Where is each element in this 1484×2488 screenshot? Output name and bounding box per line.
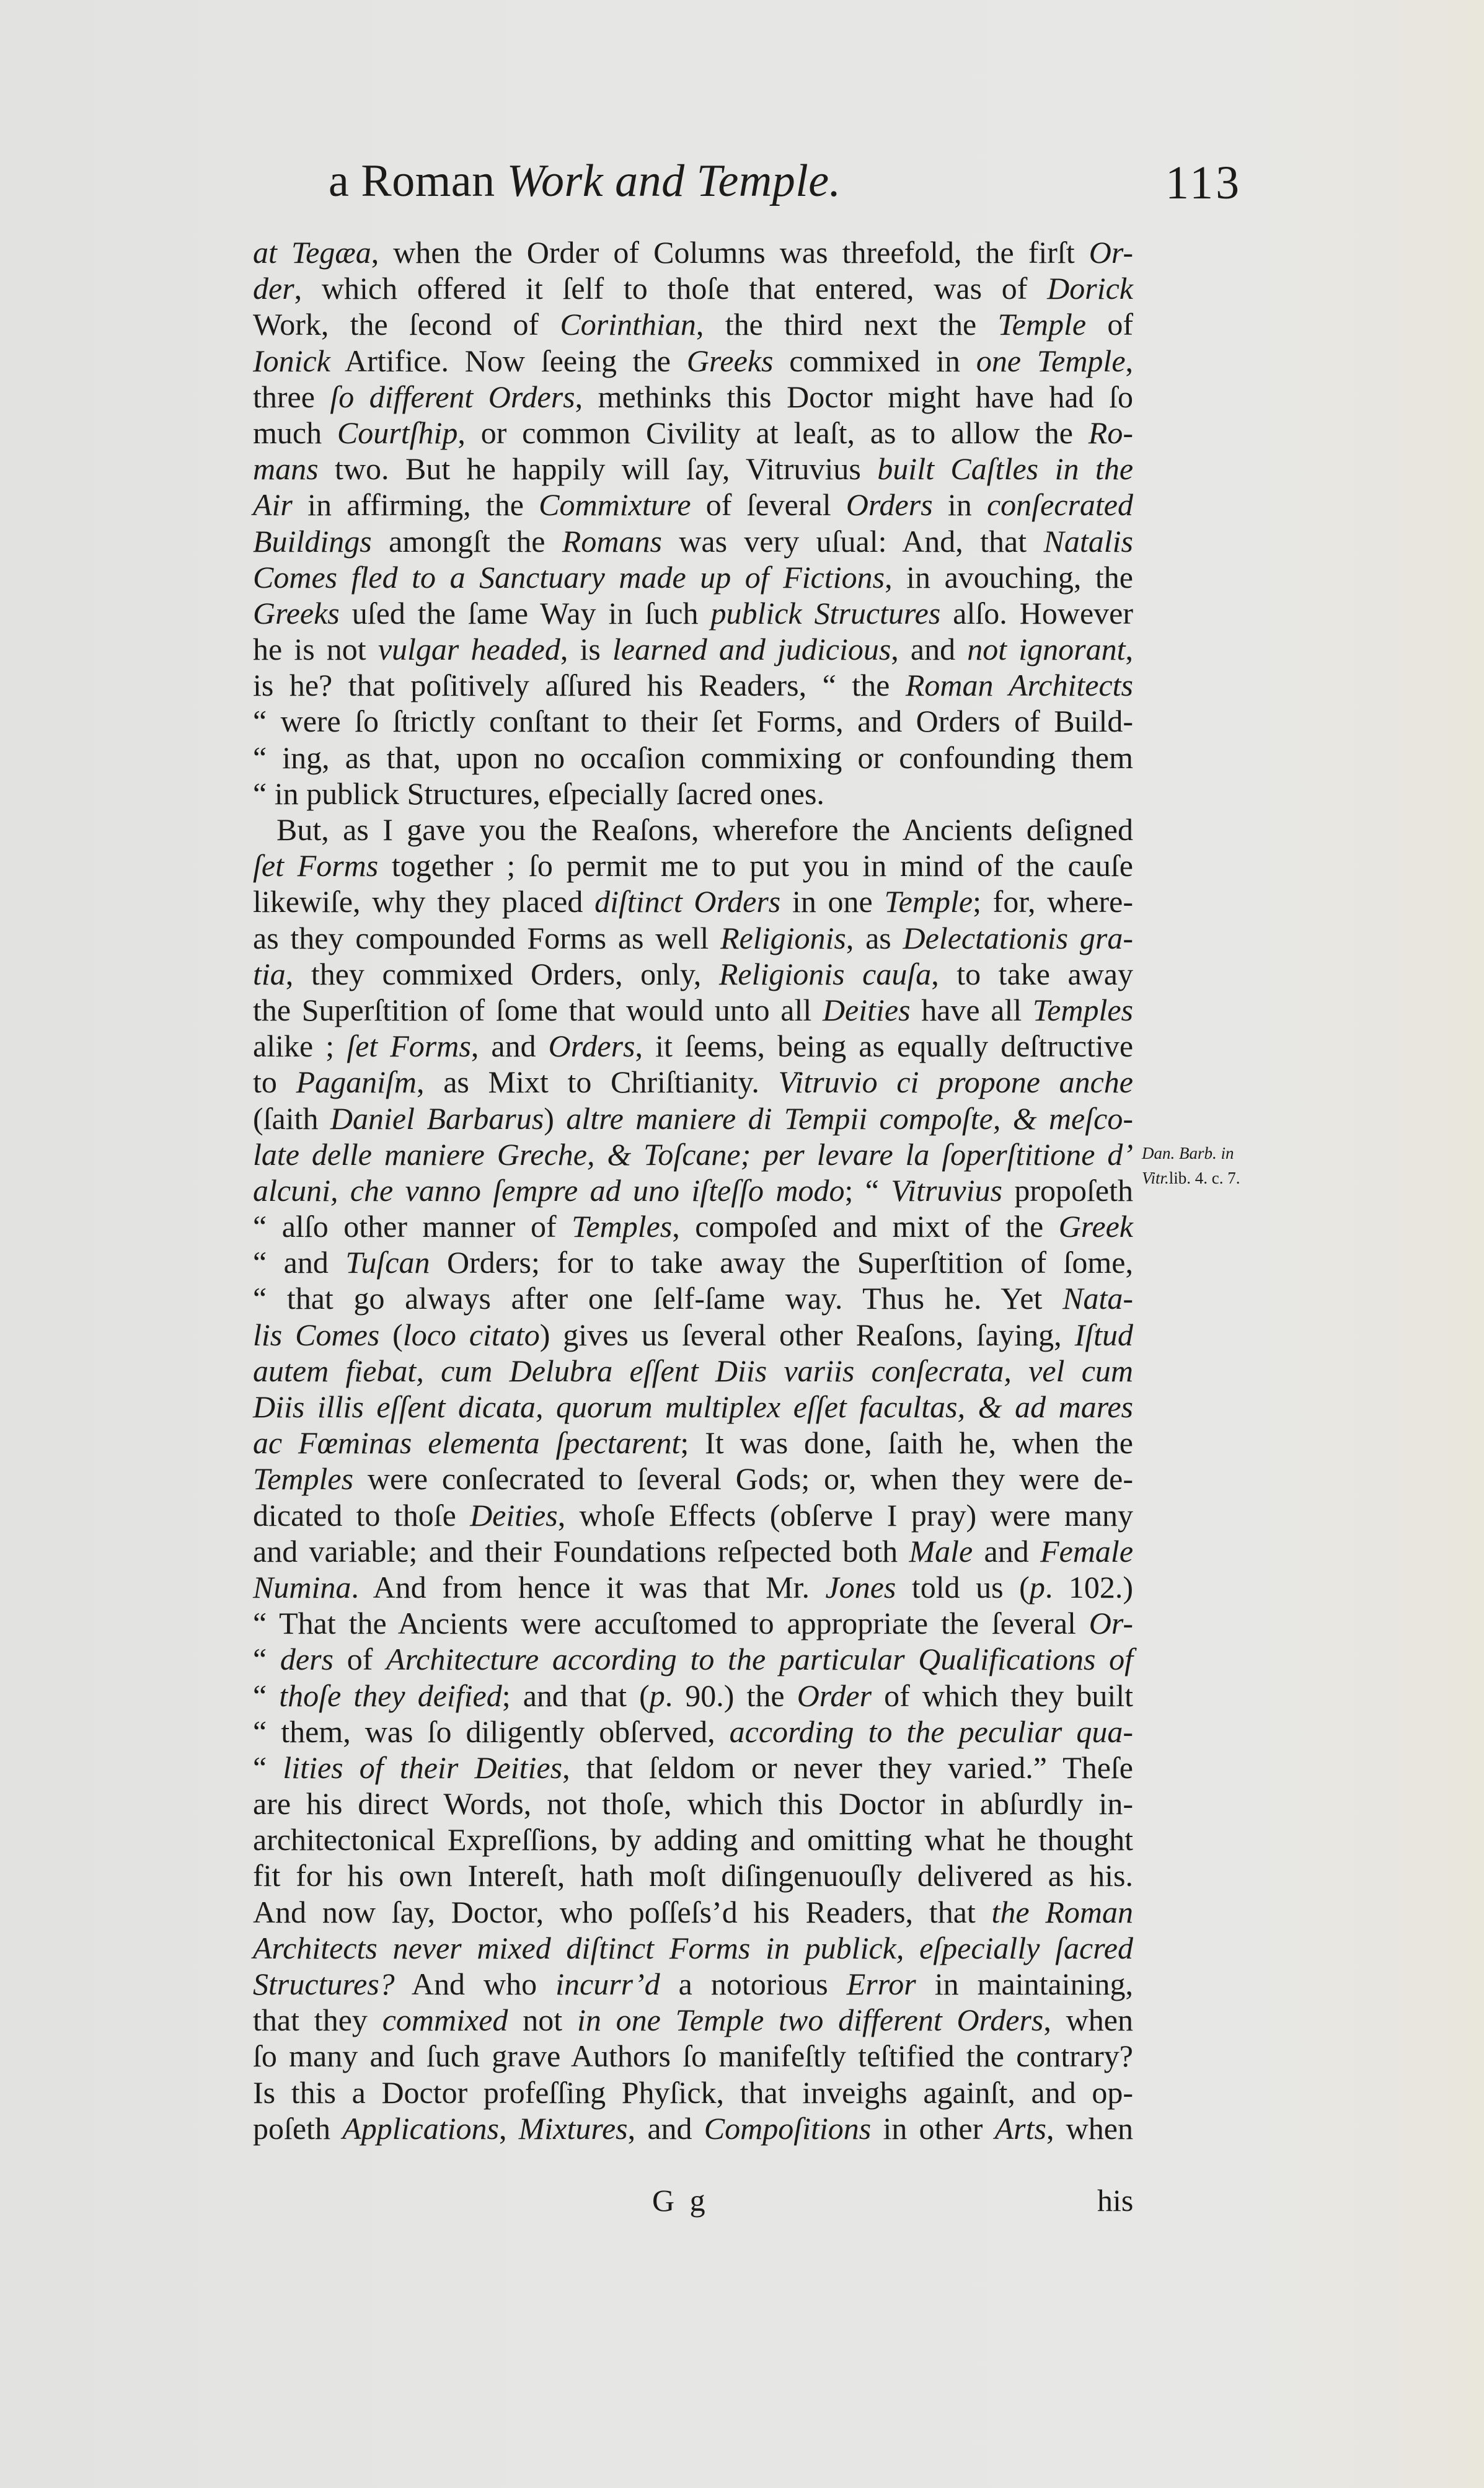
italic-run: lities of their Deities [283, 1750, 562, 1785]
roman-run: . 102.) [1045, 1570, 1133, 1605]
roman-run: Artifice. Now ſeeing the [330, 343, 687, 378]
italic-run: Temples [1033, 993, 1133, 1027]
italic-run: in one Temple two different Orders [577, 2003, 1043, 2037]
text-line: dicated to thoſe Deities, whoſe Effects … [253, 1497, 1133, 1533]
text-line: are his direct Words, not thoſe, which t… [253, 1786, 1133, 1822]
text-line: mans two. But he happily will ſay, Vitru… [253, 451, 1133, 487]
italic-run: alcuni, che vanno ſempre ad uno iſteſſo … [253, 1173, 844, 1208]
italic-run: Architects never mixed diſtinct Forms in… [253, 1931, 1133, 1965]
roman-run: “ [253, 1678, 279, 1713]
italic-run: Dorick [1047, 271, 1133, 306]
text-line: is he? that poſitively aſſured his Reade… [253, 667, 1133, 703]
roman-run: And who [395, 1967, 555, 2001]
italic-run: Ro- [1089, 415, 1133, 450]
italic-run: according to the peculiar qua- [730, 1714, 1133, 1749]
roman-run: (ſaith [253, 1101, 330, 1136]
roman-run: ſo many and ſuch grave Authors ſo manife… [253, 2039, 1133, 2073]
italic-run: one Temple [976, 343, 1126, 378]
roman-run: ; “ [844, 1173, 891, 1208]
roman-run: likewiſe, why they placed [253, 884, 594, 919]
roman-run: in one [780, 884, 884, 919]
roman-run: , that ſeldom or never they varied.” The… [562, 1750, 1133, 1785]
italic-run: Iſtud [1075, 1317, 1133, 1352]
italic-run: Diis illis eſſent dicata, quorum multipl… [253, 1389, 1133, 1424]
roman-run: , when [1046, 2111, 1133, 2146]
italic-run: Error [847, 1967, 916, 2001]
text-line: “ thoſe they deified; and that (p. 90.) … [253, 1678, 1133, 1714]
text-line: architectonical Expreſſions, by adding a… [253, 1822, 1133, 1857]
italic-run: Tuſcan [345, 1245, 430, 1280]
text-line: alike ; ſet Forms, and Orders, it ſeems,… [253, 1028, 1133, 1064]
italic-run: lis Comes [253, 1317, 379, 1352]
text-line: ac Fœminas elementa ſpectarent; It was d… [253, 1425, 1133, 1461]
roman-run: are his direct Words, not thoſe, which t… [253, 1786, 1133, 1821]
italic-run: Religionis [720, 921, 846, 955]
roman-run: “ alſo other manner of [253, 1209, 572, 1244]
roman-run: . And from hence it was that Mr. [351, 1570, 825, 1605]
roman-run: , [1126, 632, 1134, 666]
text-line: “ them, was ſo diligently obſerved, acco… [253, 1714, 1133, 1750]
running-head-italic: Work and Temple. [507, 156, 841, 206]
margin-note-line-2: Vitr.lib. 4. c. 7. [1142, 1166, 1240, 1190]
text-line: Is this a Doctor profeſſing Phyſick, tha… [253, 2074, 1133, 2110]
text-line: ſo many and ſuch grave Authors ſo manife… [253, 2038, 1133, 2074]
italic-run: the Roman [992, 1895, 1133, 1929]
roman-run: Orders; for to take away the Superſtitio… [430, 1245, 1133, 1280]
roman-run: , [1126, 343, 1134, 378]
page-number: 113 [1165, 156, 1242, 210]
text-line: Temples were conſecrated to ſeveral Gods… [253, 1461, 1133, 1497]
roman-run: , when [1043, 2003, 1133, 2037]
text-line: the Superſtition of ſome that would unto… [253, 992, 1133, 1028]
text-line: “ alſo other manner of Temples, compoſed… [253, 1208, 1133, 1244]
italic-run: Daniel Barbarus [330, 1101, 544, 1136]
italic-run: diſtinct Orders [594, 884, 780, 919]
roman-run: , [499, 2111, 519, 2146]
roman-run: , is [560, 632, 612, 666]
roman-run: ) gives us ſeveral other Reaſons, ſaying… [540, 1317, 1075, 1352]
roman-run: “ were ſo ſtrictly conſtant to their ſet… [253, 704, 1133, 738]
roman-run: , as [846, 921, 903, 955]
roman-run: as they compounded Forms as well [253, 921, 720, 955]
text-line: der, which offered it ſelf to thoſe that… [253, 270, 1133, 306]
italic-run: Jones [826, 1570, 896, 1605]
roman-run: , which offered it ſelf to thoſe that en… [294, 271, 1048, 306]
roman-run: two. But he happily will ſay, Vitruvius [319, 451, 878, 486]
roman-run: alſo. However [940, 596, 1133, 631]
text-line: to Paganiſm, as Mixt to Chriſtianity. Vi… [253, 1064, 1133, 1100]
italic-run: Greek [1059, 1209, 1133, 1244]
roman-run: “ them, was ſo diligently obſerved, [253, 1714, 730, 1749]
text-line: tia, they commixed Orders, only, Religio… [253, 956, 1133, 992]
italic-run: autem fiebat, cum Delubra eſſent Diis va… [253, 1353, 1133, 1388]
italic-run: Architecture according to the particular… [386, 1642, 1133, 1676]
roman-run: propoſeth [1002, 1173, 1133, 1208]
roman-run: , the third next the [696, 307, 998, 342]
roman-run: uſed the ſame Way in ſuch [340, 596, 711, 631]
text-line: Greeks uſed the ſame Way in ſuch publick… [253, 595, 1133, 631]
text-line: Ionick Artifice. Now ſeeing the Greeks c… [253, 343, 1133, 379]
text-line: “ lities of their Deities, that ſeldom o… [253, 1750, 1133, 1786]
text-line: Buildings amongſt the Romans was very uſ… [253, 523, 1133, 559]
roman-run: But, as I gave you the Reaſons, wherefor… [276, 812, 1133, 847]
text-line: “ that go always after one ſelf-ſame way… [253, 1280, 1133, 1316]
italic-run: Comes fled to a Sanctuary made up of Fic… [253, 560, 885, 595]
italic-run: Applications [342, 2111, 499, 2146]
italic-run: Commixture [539, 487, 691, 522]
italic-run: Romans [562, 524, 662, 559]
roman-run: ; It was done, ſaith he, when the [680, 1425, 1133, 1460]
italic-run: Tegæa [291, 235, 371, 270]
italic-run: Temple [884, 884, 973, 919]
roman-run: have all [911, 993, 1033, 1027]
running-head: a Roman Work and Temple. [329, 155, 841, 208]
roman-run: , whoſe Effects (obſerve I pray) were ma… [558, 1498, 1133, 1533]
catchword: his [1097, 2182, 1133, 2218]
text-line: Diis illis eſſent dicata, quorum multipl… [253, 1389, 1133, 1425]
italic-run: Or- [1089, 1606, 1133, 1640]
text-line: alcuni, che vanno ſempre ad uno iſteſſo … [253, 1172, 1133, 1208]
roman-run: Is this a Doctor profeſſing Phyſick, tha… [253, 2075, 1133, 2110]
roman-run: to [253, 1065, 296, 1099]
roman-run: the Superſtition of ſome that would unto… [253, 993, 823, 1027]
text-line: And now ſay, Doctor, who poſſeſs’d his R… [253, 1894, 1133, 1930]
roman-run: , in avouching, the [885, 560, 1133, 595]
text-line: Work, the ſecond of Corinthian, the thir… [253, 306, 1133, 342]
italic-run: Air [253, 487, 293, 522]
roman-run: of ſeveral [691, 487, 846, 522]
text-line: (ſaith Daniel Barbarus) altre maniere di… [253, 1100, 1133, 1136]
italic-run: vulgar headed [378, 632, 560, 666]
roman-run: fit for his own Intereſt, hath moſt diſi… [253, 1858, 1133, 1893]
roman-run: . 90.) the [665, 1678, 797, 1713]
roman-run: in [933, 487, 987, 522]
roman-run: ; and that ( [502, 1678, 650, 1713]
text-line: poſeth Applications, Mixtures, and Compo… [253, 2110, 1133, 2146]
text-line: Comes fled to a Sanctuary made up of Fic… [253, 559, 1133, 595]
text-line: Architects never mixed diſtinct Forms in… [253, 1930, 1133, 1966]
roman-run: “ [253, 1642, 280, 1676]
body-text: at Tegæa, when the Order of Columns was … [253, 234, 1133, 2146]
roman-run: , compoſed and mixt of the [672, 1209, 1058, 1244]
italic-run: loco citato [403, 1317, 540, 1352]
roman-run: , and [471, 1029, 549, 1063]
text-line: “ in publick Structures, eſpecially ſacr… [253, 776, 1133, 812]
text-line: “ were ſo ſtrictly conſtant to their ſet… [253, 703, 1133, 739]
italic-run: Paganiſm [296, 1065, 417, 1099]
roman-run: “ in publick Structures, eſpecially ſacr… [253, 776, 824, 811]
roman-run: in affirming, the [293, 487, 539, 522]
italic-run: p [650, 1678, 665, 1713]
roman-run: , methinks this Doctor might have had ſo [575, 379, 1133, 414]
roman-run: architectonical Expreſſions, by adding a… [253, 1822, 1133, 1857]
italic-run: not ignorant [967, 632, 1125, 666]
italic-run: Buildings [253, 524, 372, 559]
roman-run: poſeth [253, 2111, 342, 2146]
text-line: ſet Forms together ; ſo permit me to put… [253, 848, 1133, 883]
italic-run: Order [797, 1678, 872, 1713]
italic-run: Nata- [1062, 1281, 1133, 1316]
roman-run: was very uſual: And, that [662, 524, 1044, 559]
text-line: Structures? And who incurr’d a notorious… [253, 1966, 1133, 2002]
italic-run: ders [280, 1642, 333, 1676]
italic-run: Numina [253, 1570, 351, 1605]
roman-run: and variable; and their Foundations reſp… [253, 1534, 909, 1569]
roman-run: he is not [253, 632, 378, 666]
italic-run: Deities [823, 993, 911, 1027]
italic-run: Male [909, 1534, 973, 1569]
text-line: three ſo different Orders, methinks this… [253, 379, 1133, 415]
roman-run: commixed in [773, 343, 976, 378]
text-line: he is not vulgar headed, is learned and … [253, 631, 1133, 667]
text-line: “ and Tuſcan Orders; for to take away th… [253, 1244, 1133, 1280]
roman-run: Work, the ſecond of [253, 307, 560, 342]
roman-run: is he? that poſitively aſſured his Reade… [253, 668, 906, 702]
margin-note-line-1: Dan. Barb. in [1142, 1141, 1240, 1166]
italic-run: late delle maniere Greche, & Toſcane; pe… [253, 1137, 1133, 1172]
italic-run: Greeks [687, 343, 774, 378]
roman-run: of which they built [872, 1678, 1133, 1713]
italic-run: built Caſtles in the [877, 451, 1133, 486]
italic-run: Corinthian [560, 307, 696, 342]
text-line: autem fiebat, cum Delubra eſſent Diis va… [253, 1353, 1133, 1389]
roman-run: “ and [253, 1245, 345, 1280]
italic-run: mans [253, 451, 319, 486]
italic-run: Orders [549, 1029, 635, 1063]
italic-run: Structures? [253, 1967, 395, 2001]
roman-run: of [333, 1642, 386, 1676]
text-line: fit for his own Intereſt, hath moſt diſi… [253, 1857, 1133, 1893]
roman-run: , as Mixt to Chriſtianity. [417, 1065, 779, 1099]
roman-run: , or common Civility at leaſt, as to all… [457, 415, 1088, 450]
roman-run: a notorious [660, 1967, 847, 2001]
italic-run: ſet Forms [347, 1029, 471, 1063]
running-head-prefix: a Roman [329, 156, 507, 206]
margin-note: Dan. Barb. in Vitr.lib. 4. c. 7. [1142, 1141, 1240, 1190]
italic-run: Temples [253, 1461, 353, 1496]
italic-run: commixed [382, 2003, 508, 2037]
roman-run: told us ( [896, 1570, 1029, 1605]
italic-run: Natalis [1044, 524, 1133, 559]
roman-run: , they commixed Orders, only, [286, 957, 719, 991]
italic-run: Religionis cauſa [719, 957, 931, 991]
italic-run: learned and judicious [612, 632, 891, 666]
italic-run: Delectationis gra- [903, 921, 1133, 955]
italic-run: Roman Architects [906, 668, 1133, 702]
book-page: a Roman Work and Temple. 113 at Tegæa, w… [0, 0, 1484, 2488]
italic-run: Ionick [253, 343, 330, 378]
roman-run: ( [379, 1317, 403, 1352]
text-line: late delle maniere Greche, & Toſcane; pe… [253, 1136, 1133, 1172]
italic-run: tia [253, 957, 286, 991]
roman-run: that they [253, 2003, 382, 2037]
text-line: Numina. And from hence it was that Mr. J… [253, 1569, 1133, 1605]
roman-run: three [253, 379, 330, 414]
text-line: much Courtſhip, or common Civility at le… [253, 415, 1133, 451]
roman-run: in other [871, 2111, 994, 2146]
roman-run: of [1086, 307, 1133, 342]
text-line: Air in affirming, the Commixture of ſeve… [253, 487, 1133, 523]
italic-run: ſo different Orders [330, 379, 575, 414]
roman-run: dicated to thoſe [253, 1498, 470, 1533]
italic-run: altre maniere di Tempii compoſte, & meſc… [566, 1101, 1133, 1136]
text-line: as they compounded Forms as well Religio… [253, 920, 1133, 956]
italic-run: Arts [995, 2111, 1046, 2146]
roman-run: “ ing, as that, upon no occaſion commixi… [253, 740, 1133, 775]
roman-run: “ that go always after one ſelf-ſame way… [253, 1281, 1062, 1316]
italic-run: ac Fœminas elementa ſpectarent [253, 1425, 680, 1460]
roman-run: , and [891, 632, 967, 666]
italic-run: der [253, 271, 294, 306]
text-line: that they commixed not in one Temple two… [253, 2002, 1133, 2038]
italic-run: Deities [470, 1498, 558, 1533]
italic-run: Compoſitions [704, 2111, 871, 2146]
roman-run: , it ſeems, being as equally deſtructive [635, 1029, 1134, 1063]
roman-run: and [973, 1534, 1040, 1569]
italic-run: Or- [1089, 235, 1133, 270]
italic-run: Temples [572, 1209, 672, 1244]
roman-run: “ [253, 1750, 283, 1785]
text-line: at Tegæa, when the Order of Columns was … [253, 234, 1133, 270]
roman-run: ) [544, 1101, 566, 1136]
text-line: But, as I gave you the Reaſons, wherefor… [253, 812, 1133, 848]
italic-run: Courtſhip [337, 415, 457, 450]
italic-run: thoſe they deified [279, 1678, 501, 1713]
italic-run: Vitruvio ci propone anche [779, 1065, 1133, 1099]
italic-run: conſecrated [987, 487, 1133, 522]
italic-run: Female [1040, 1534, 1133, 1569]
roman-run: And now ſay, Doctor, who poſſeſs’d his R… [253, 1895, 992, 1929]
italic-run: at [253, 235, 291, 270]
roman-run: together ; ſo permit me to put you in mi… [378, 848, 1133, 883]
roman-run: , and [628, 2111, 704, 2146]
italic-run: Vitruvius [891, 1173, 1002, 1208]
italic-run: publick Structures [710, 596, 940, 631]
roman-run: , when the Order of Columns was threefol… [371, 235, 1089, 270]
roman-run: “ That the Ancients were accuſtomed to a… [253, 1606, 1089, 1640]
roman-run: , to take away [931, 957, 1133, 991]
roman-run: in maintaining, [916, 1967, 1133, 2001]
italic-run: ſet Forms [253, 848, 378, 883]
italic-run: incurr’d [555, 1967, 660, 2001]
text-line: “ That the Ancients were accuſtomed to a… [253, 1605, 1133, 1641]
italic-run: Temple [997, 307, 1086, 342]
italic-run: p [1030, 1570, 1045, 1605]
italic-run: Mixtures [519, 2111, 628, 2146]
text-line: likewiſe, why they placed diſtinct Order… [253, 883, 1133, 919]
text-line: and variable; and their Foundations reſp… [253, 1533, 1133, 1569]
text-line: “ ders of Architecture according to the … [253, 1641, 1133, 1677]
text-line: lis Comes (loco citato) gives us ſeveral… [253, 1317, 1133, 1353]
roman-run: much [253, 415, 337, 450]
italic-run: Greeks [253, 596, 340, 631]
signature-mark: G g [652, 2182, 709, 2218]
roman-run: alike ; [253, 1029, 347, 1063]
text-line: “ ing, as that, upon no occaſion commixi… [253, 740, 1133, 776]
roman-run: amongſt the [372, 524, 562, 559]
roman-run: not [508, 2003, 577, 2037]
italic-run: Orders [846, 487, 933, 522]
roman-run: ; for, where- [973, 884, 1133, 919]
roman-run: were conſecrated to ſeveral Gods; or, wh… [353, 1461, 1133, 1496]
